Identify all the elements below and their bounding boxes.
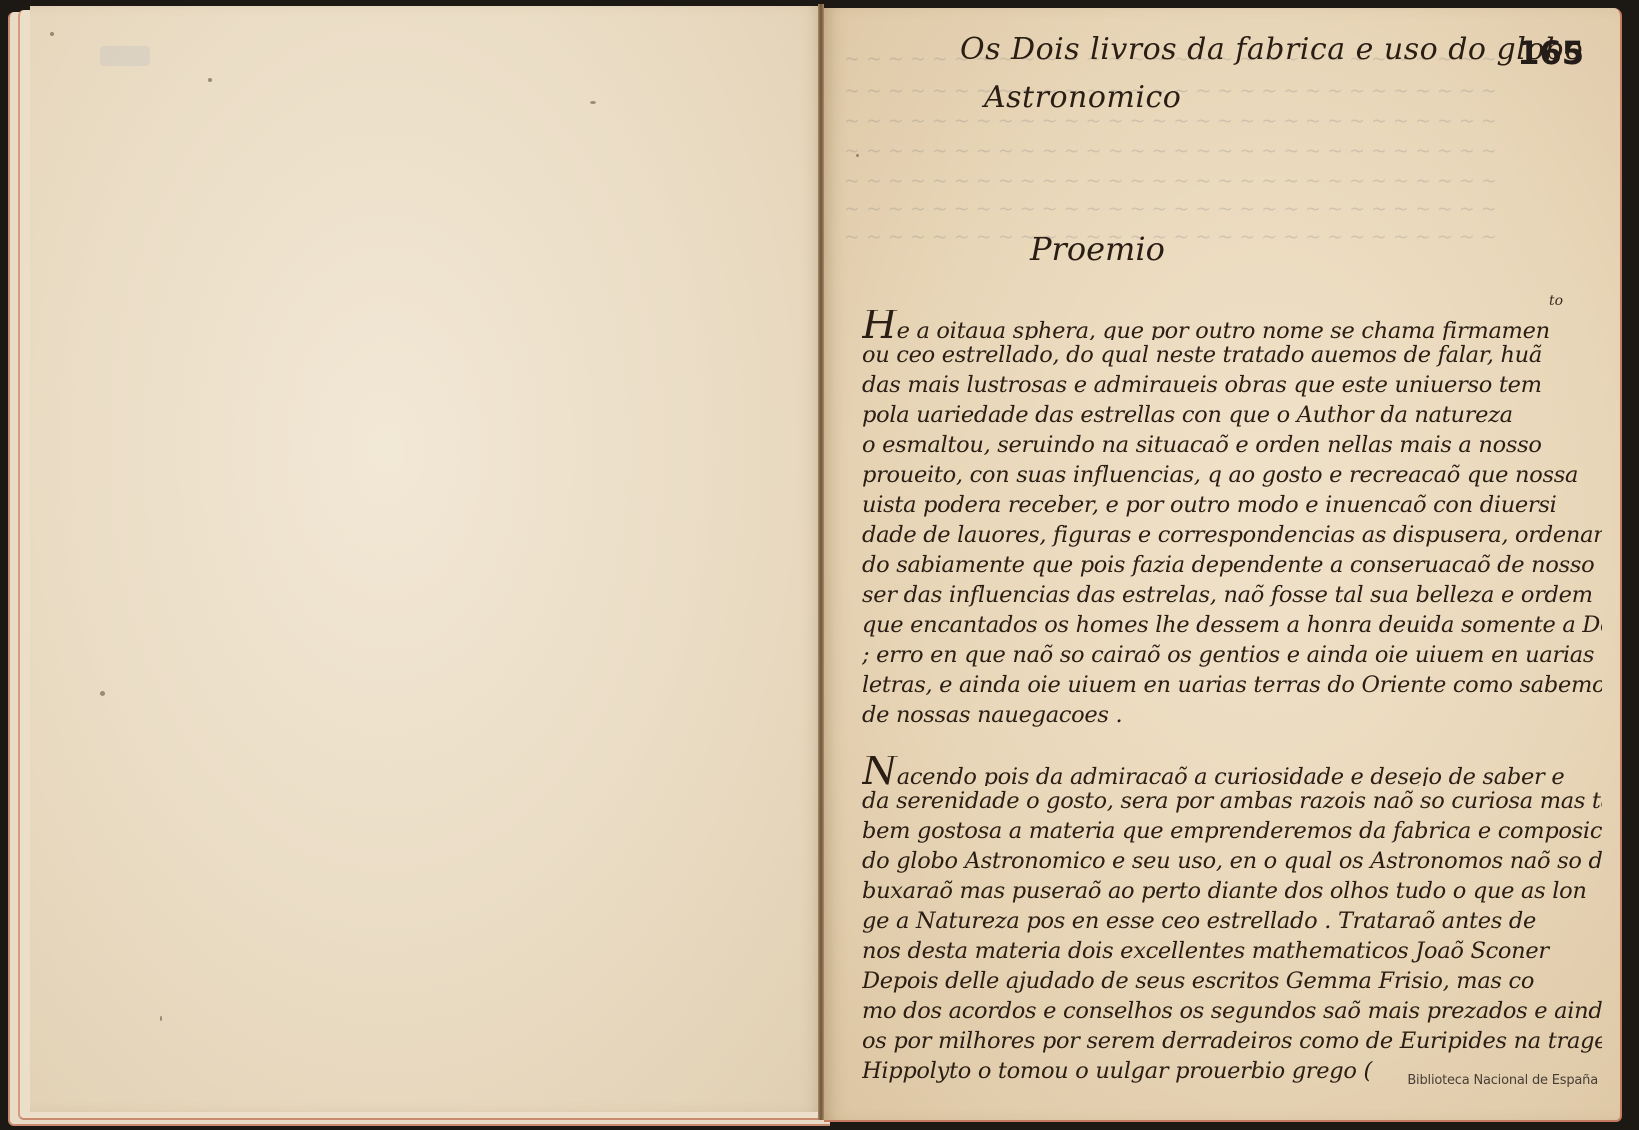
text-line: dade de lauores, figuras e correspondenc… xyxy=(862,520,1602,550)
foxing-spot xyxy=(100,691,105,696)
text-line: Depois delle ajudado de seus escritos Ge… xyxy=(862,966,1602,996)
text-line: proueito, con suas influencias, q ao gos… xyxy=(862,460,1602,490)
text-line: ; erro en que naõ so cairaõ os gentios e… xyxy=(862,640,1602,670)
foxing-spot xyxy=(160,1016,162,1021)
bleed-through-line: ~ ~ ~ ~ ~ ~ ~ ~ ~ ~ ~ ~ ~ ~ ~ ~ ~ ~ ~ ~ … xyxy=(844,110,1600,132)
text-line: Nacendo pois da admiracaõ a curiosidade … xyxy=(862,756,1602,786)
folio-page-number: 165 xyxy=(1517,34,1584,72)
text-line: pola uariedade das estrellas con que o A… xyxy=(862,400,1602,430)
left-page-blank xyxy=(30,6,822,1112)
text-line: os por milhores por serem derradeiros co… xyxy=(862,1026,1602,1056)
manuscript-body: He a oitaua sphera, que por outro nome s… xyxy=(862,310,1602,1086)
bleed-through-line: ~ ~ ~ ~ ~ ~ ~ ~ ~ ~ ~ ~ ~ ~ ~ ~ ~ ~ ~ ~ … xyxy=(844,80,1600,102)
text-line: ser das influencias das estrelas, naõ fo… xyxy=(862,580,1602,610)
bleed-through-line: ~ ~ ~ ~ ~ ~ ~ ~ ~ ~ ~ ~ ~ ~ ~ ~ ~ ~ ~ ~ … xyxy=(844,198,1600,220)
text-line: uista podera receber, e por outro modo e… xyxy=(862,490,1602,520)
text-line: nos desta materia dois excellentes mathe… xyxy=(862,936,1602,966)
bleed-through-line: ~ ~ ~ ~ ~ ~ ~ ~ ~ ~ ~ ~ ~ ~ ~ ~ ~ ~ ~ ~ … xyxy=(844,140,1600,162)
text-line: bem gostosa a materia que emprenderemos … xyxy=(862,816,1602,846)
text-line: de nossas nauegacoes . xyxy=(862,700,1602,730)
paragraph-1: He a oitaua sphera, que por outro nome s… xyxy=(862,310,1602,730)
section-heading-proemio: Proemio xyxy=(1030,230,1165,268)
paragraph-2: Nacendo pois da admiracaõ a curiosidade … xyxy=(862,756,1602,1086)
text-line: do sabiamente que pois fazia dependente … xyxy=(862,550,1602,580)
text-line: da serenidade o gosto, sera por ambas ra… xyxy=(862,786,1602,816)
margin-note: to xyxy=(1549,293,1563,309)
text-line: letras, e ainda oie uiuem en uarias terr… xyxy=(862,670,1602,700)
text-line: buxaraõ mas puseraõ ao perto diante dos … xyxy=(862,876,1602,906)
text-line: o esmaltou, seruindo na situacaõ e orden… xyxy=(862,430,1602,460)
bleed-through-line: ~ ~ ~ ~ ~ ~ ~ ~ ~ ~ ~ ~ ~ ~ ~ ~ ~ ~ ~ ~ … xyxy=(844,170,1600,192)
text-line: das mais lustrosas e admiraueis obras qu… xyxy=(862,370,1602,400)
text-line: He a oitaua sphera, que por outro nome s… xyxy=(862,310,1602,340)
text-line: que encantados os homes lhe dessem a hon… xyxy=(862,610,1602,640)
book-spread: ~ ~ ~ ~ ~ ~ ~ ~ ~ ~ ~ ~ ~ ~ ~ ~ ~ ~ ~ ~ … xyxy=(0,0,1639,1130)
foxing-spot xyxy=(208,78,212,82)
foxing-spot xyxy=(50,32,54,36)
paragraph-gap xyxy=(862,730,1602,756)
foxing-spot xyxy=(856,154,859,157)
bleed-through-line: ~ ~ ~ ~ ~ ~ ~ ~ ~ ~ ~ ~ ~ ~ ~ ~ ~ ~ ~ ~ … xyxy=(844,226,1600,248)
right-page: ~ ~ ~ ~ ~ ~ ~ ~ ~ ~ ~ ~ ~ ~ ~ ~ ~ ~ ~ ~ … xyxy=(824,8,1622,1122)
text-line: ou ceo estrellado, do qual neste tratado… xyxy=(862,340,1602,370)
text-line: do globo Astronomico e seu uso, en o qua… xyxy=(862,846,1602,876)
manuscript-title-line-1: Os Dois livros da fabrica e uso do globo xyxy=(960,32,1583,67)
library-watermark: Biblioteca Nacional de España xyxy=(1407,1073,1598,1088)
faint-stamp-mark xyxy=(100,46,150,66)
text-line: ge a Natureza pos en esse ceo estrellado… xyxy=(862,906,1602,936)
text-line: mo dos acordos e conselhos os segundos s… xyxy=(862,996,1602,1026)
foxing-spot xyxy=(590,101,596,104)
manuscript-title-line-2: Astronomico xyxy=(984,80,1181,115)
